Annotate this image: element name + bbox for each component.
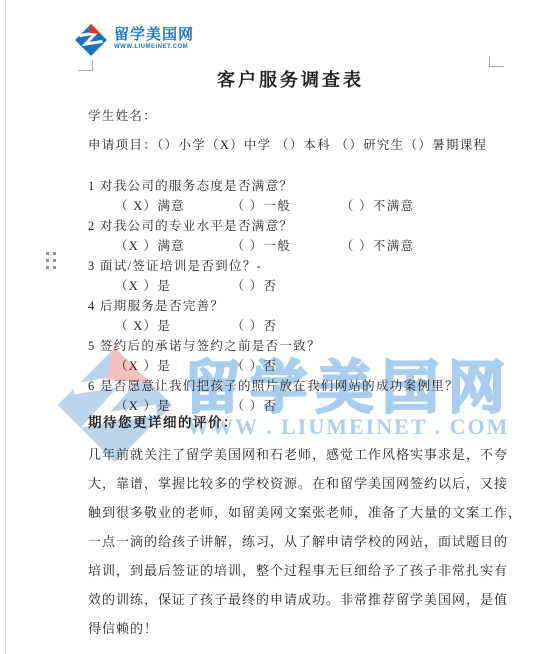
logo-text-block: 留学美国网 WWW.LIUMEINET.COM — [114, 22, 194, 50]
question-options: （ X）是 （ ）否 — [88, 316, 535, 336]
question-options: （ X）满意 （ ）一般 （ ）不满意 — [88, 196, 535, 216]
option: （X ）是 — [115, 356, 227, 376]
evaluation-heading: 期待您更详细的评价： — [88, 411, 238, 431]
document-page[interactable]: 留学美国网 WWW . LIUMEINET . COM 留学美国网 WWW.LI… — [0, 0, 545, 654]
paragraph-line: 触到很多敬业的老师，如留美网文案张老师，准备了大量的文案工作， — [88, 498, 508, 527]
paragraph-line: 培训，到最后签证的培训，整个过程事无巨细给予了孩子非常扎实有 — [88, 556, 508, 585]
drag-handle-icon[interactable] — [46, 252, 56, 269]
option: （ X）满意 — [115, 196, 227, 216]
option: （ ）不满意 — [341, 236, 414, 256]
option: （ ）否 — [231, 396, 277, 416]
paragraph-line: 效的训练，保证了孩子最终的申请成功。非常推荐留学美国网，是值 — [88, 585, 508, 614]
question-options: （X ）是 （ ）否 — [88, 356, 535, 376]
logo-brand-name: 留学美国网 — [114, 27, 194, 44]
option: （ ）否 — [231, 276, 277, 296]
question-text: 1 对我公司的服务态度是否满意？ — [88, 176, 535, 196]
option: （ ）不满意 — [341, 196, 414, 216]
question-options: （X ）满意 （ ）一般 （ ）不满意 — [88, 236, 535, 256]
student-name-label: 学生姓名： — [88, 106, 157, 124]
option: （X ）是 — [115, 276, 227, 296]
question-options: （X ）是 （ ）否 — [88, 276, 535, 296]
page-title: 客户服务调查表 — [36, 66, 545, 92]
program-selection-line: 申请项目：（）小学（X）中学 （）本科 （）研究生（）暑期课程 — [88, 135, 487, 153]
paragraph-line: 得信赖的！ — [88, 614, 508, 643]
question-text: 3 面试/签证培训是否到位？- — [88, 256, 535, 276]
option: （ ）否 — [231, 316, 277, 336]
paragraph-line: 一点一滴的给孩子讲解，练习，从了解申请学校的网站，面试题目的 — [88, 527, 508, 556]
page-left-rule — [5, 0, 6, 654]
option: （ X）是 — [115, 316, 227, 336]
paragraph-line: 大，靠谱，掌握比较多的学校资源。在和留学美国网签约以后，又接 — [88, 469, 508, 498]
question-text: 4 后期服务是否完善？ — [88, 296, 535, 316]
question-text: 5 签约后的承诺与签约之前是否一致？ — [88, 336, 535, 356]
logo-diamond-icon — [74, 22, 108, 58]
evaluation-paragraph: 几年前就关注了留学美国网和石老师，感觉工作风格实事求是，不夸 大，靠谱，掌握比较… — [88, 440, 508, 643]
survey-questions: 1 对我公司的服务态度是否满意？ （ X）满意 （ ）一般 （ ）不满意 2 对… — [88, 176, 535, 416]
logo-url: WWW.LIUMEINET.COM — [114, 44, 194, 50]
paragraph-line: 几年前就关注了留学美国网和石老师，感觉工作风格实事求是，不夸 — [88, 440, 508, 469]
option: （ ）一般 — [231, 236, 336, 256]
option: （ ）一般 — [231, 196, 336, 216]
option: （X ）满意 — [115, 236, 227, 256]
question-text: 2 对我公司的专业水平是否满意？ — [88, 216, 535, 236]
option: （ ）否 — [231, 356, 277, 376]
question-text: 6 是否愿意让我们把孩子的照片放在我们网站的成功案例里？ — [88, 376, 535, 396]
site-logo: 留学美国网 WWW.LIUMEINET.COM — [74, 22, 194, 58]
